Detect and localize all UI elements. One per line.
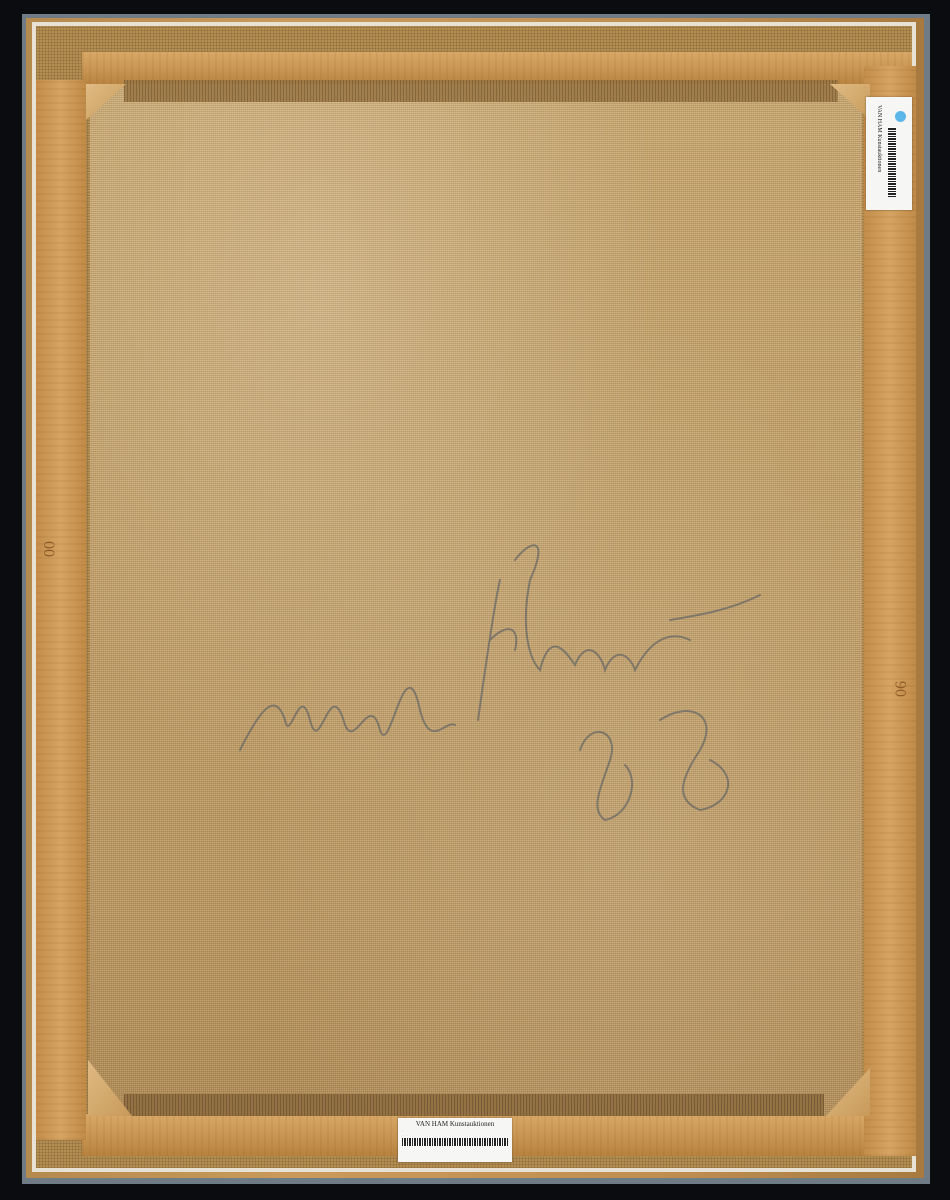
canvas-strip-top [124, 80, 838, 102]
barcode [888, 127, 896, 197]
canvas-strip-bottom [124, 1094, 824, 1116]
label-footer: · · · [402, 1146, 508, 1151]
stretcher-bar-left [36, 80, 86, 1140]
stretcher-mark-right: 06 [893, 681, 911, 697]
label-title: VAN HAM Kunstauktionen [402, 1120, 508, 1128]
auction-label-right: VAN HAM Kunstauktionen [866, 97, 912, 210]
pencil-inscription [230, 520, 770, 840]
stretcher-mark-left: 00 [39, 541, 57, 557]
auction-label-bottom: VAN HAM Kunstauktionen · · · · · · · [398, 1118, 512, 1162]
signature-scribble [230, 520, 770, 840]
blue-dot-sticker [895, 111, 906, 122]
label-title: VAN HAM Kunstauktionen [876, 105, 882, 205]
stretcher-bar-right [864, 66, 916, 1156]
barcode [402, 1138, 508, 1146]
